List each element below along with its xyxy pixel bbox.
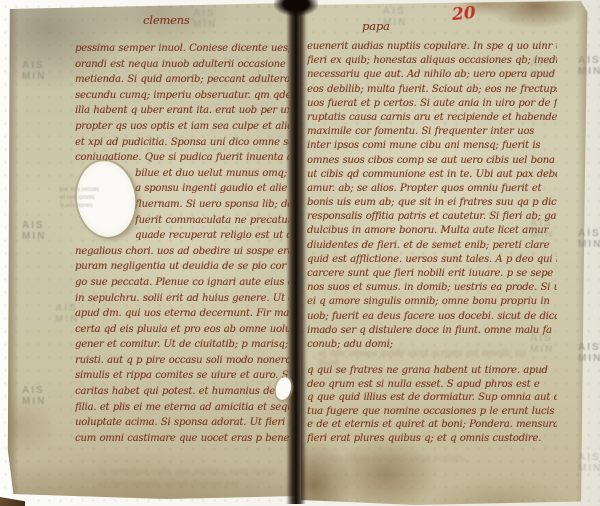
manuscript-text-line: certa qd eis pluuia et pro eos ab omne u… (75, 322, 289, 338)
manuscript-text-line: caritas habet qui potest. et humanius de… (75, 384, 289, 400)
ghost-text-line: et rom omnis (60, 194, 146, 202)
manuscript-text-line: necessariu que aut. Ad nihilo ab; uero o… (307, 68, 557, 82)
manuscript-text-line: fluernam. Si uero sponsa lib; de q pia (135, 197, 289, 213)
ghost-text-line: par uos secula (60, 186, 146, 194)
manuscript-text-line: simulis et rippa comites se uiure et aur… (75, 368, 289, 384)
manuscript-text-line: fuerit commaculata ne precatur ipse (135, 213, 289, 229)
show-through-text-right: omnibus quidem sicut scriptu (330, 453, 540, 466)
manuscript-text-line: carcere sunt que fieri nobili erit iuuar… (307, 267, 557, 281)
manuscript-text-line: fieri ex quib; honestas aliquas occasion… (307, 54, 557, 68)
ghost-text-line: omnibus quidem sicut scriptu (330, 453, 540, 466)
ghost-text-line: q uos hones (60, 202, 146, 210)
manuscript-text-line: maximile cor fomentu. Si frequenter inte… (307, 125, 557, 139)
manuscript-text-line: orandi est nequa inuob adulterii occasio… (75, 57, 289, 73)
show-through-text-hole: par uos secula et rom omnis q uos hones (60, 186, 146, 210)
manuscript-text-line: inter ipsos comi mune cibu ani mensq; fu… (307, 139, 557, 153)
manuscript-text-line: quid est afflictione. uersos sunt tales.… (307, 253, 557, 267)
manuscript-text-line: q qui se fratres ne grana habent ut timo… (307, 364, 557, 378)
manuscript-text-line: go sue peccata. Plenue co ignari aute ei… (75, 275, 289, 291)
manuscript-text-line: ut cibis qd communione est in te. Ubi au… (307, 168, 557, 182)
ghost-text-line: et fieri omnib; sicut dictum est (98, 479, 286, 492)
manuscript-text-line: omnes suos cibos comp se aut uero cibis … (307, 154, 557, 168)
manuscript-text-line: ruptatis causa carnis aru et recipiende … (307, 111, 557, 125)
manuscript-text-line: illa habent q uber erant ita. erat uob p… (75, 103, 289, 119)
manuscript-text-line: ei q amore singulis omnib; omne bonu pro… (307, 295, 557, 309)
right-page-text-block-1: euenerit audias nuptiis copulare. In spe… (307, 40, 557, 352)
folio-number: 20 (451, 3, 476, 25)
manuscript-text-line: tua fugere que nomine occasiones p le er… (307, 405, 557, 419)
book-cover-corner (0, 494, 25, 506)
manuscript-text-line: puram negligentia ut deuidia de se pio c… (75, 259, 289, 275)
manuscript-text-line: metienda. Si quid amorib; peccant adulte… (75, 72, 289, 88)
manuscript-text-line: propter qs uos optis et iam sea culpe et… (75, 119, 289, 135)
manuscript-text-line: gener et comitur. Ut de ciuitatib; p mar… (75, 337, 289, 353)
manuscript-text-line: cum omni castimare que uocet eras p bene… (75, 431, 289, 447)
manuscript-text-line: q que quid illius est de dormiatur. Sup … (307, 391, 557, 405)
show-through-text-left: in omnibus aute que scripta sunt nobis e… (98, 466, 286, 492)
manuscript-text-line: responsalis offitia patris et cautetur. … (307, 210, 557, 224)
manuscript-text-line: a sponsu ingenti gaudio et alie map (135, 181, 289, 197)
right-page-text-block-2: q qui se fratres ne grana habent ut timo… (307, 364, 557, 446)
manuscript-text-line: imado ser q distulere doce in fiunt. omn… (307, 324, 557, 338)
manuscript-text-line: e de et eternis et quiret at boni; Ponde… (307, 418, 557, 432)
manuscript-text-line: filia. et plis ei me eterna ad amicitia … (75, 400, 289, 416)
manuscript-text-line: secundu cumq; imperiu obseruatur. qm qde… (75, 88, 289, 104)
running-header-left: clemens (143, 13, 190, 27)
manuscript-text-line: apud dm. qui uos eterna decernunt. Fir m… (75, 306, 289, 322)
manuscript-photo: clemens papa 20 pessima semper inuol. Co… (0, 0, 600, 506)
manuscript-text-line: uob; fuerit ea deus facere uos docebi. s… (307, 310, 557, 324)
manuscript-text-line: bilue et duo uelut munus omq; et adeo (135, 166, 289, 182)
manuscript-text-line: in sepulchru. solii erit ad huius genere… (75, 291, 289, 307)
book-gutter-top (274, 0, 318, 16)
manuscript-text-line: et xpi ad pudicitia. Sponsa uni dico omn… (75, 135, 289, 151)
manuscript-text-line: dulcibus in amore bonoru. Multa aute lic… (307, 224, 557, 238)
manuscript-text-line: quade recuperat religio est ut demus (135, 228, 289, 244)
manuscript-text-line: uoluptate acima. Si sponsa adorat. Ut fi… (75, 415, 289, 431)
manuscript-text-line: pessima semper inuol. Coniese dicente ue… (75, 41, 289, 57)
book-gutter (286, 0, 306, 504)
manuscript-text-line: fieri erat plures quibus q; et q omnis c… (307, 432, 557, 446)
manuscript-text-line: euenerit audias nuptiis copulare. In spe… (307, 40, 557, 54)
manuscript-text-line: negalious chori. uos ad obedire ui sospe… (75, 244, 289, 260)
ghost-text-line: in omnibus aute que scripta sunt nobis (98, 466, 286, 479)
running-header-right: papa (362, 19, 390, 33)
manuscript-text-line: uos fuerat et p certos. Si aute ania in … (307, 97, 557, 111)
manuscript-text-line: eos debilib; multa fuerit. Sciout ab; eo… (307, 83, 557, 97)
manuscript-text-line: bonis uis eum ab; que sit in ei fratres … (307, 196, 557, 210)
manuscript-text-line: deo qrum est si nulla esset. S apud phro… (307, 378, 557, 392)
left-page-text-block: pessima semper inuol. Coniese dicente ue… (75, 41, 289, 446)
manuscript-text-line: diuidentes de fieri. et de semet enib; p… (307, 239, 557, 253)
manuscript-text-line: ruisti. aut q p pire occasu soli modo no… (75, 353, 289, 369)
manuscript-text-line: nos suos et sumus. in domib; uestris ea … (307, 281, 557, 295)
manuscript-text-line: amur. ab; se alios. Propter quos omniu f… (307, 182, 557, 196)
